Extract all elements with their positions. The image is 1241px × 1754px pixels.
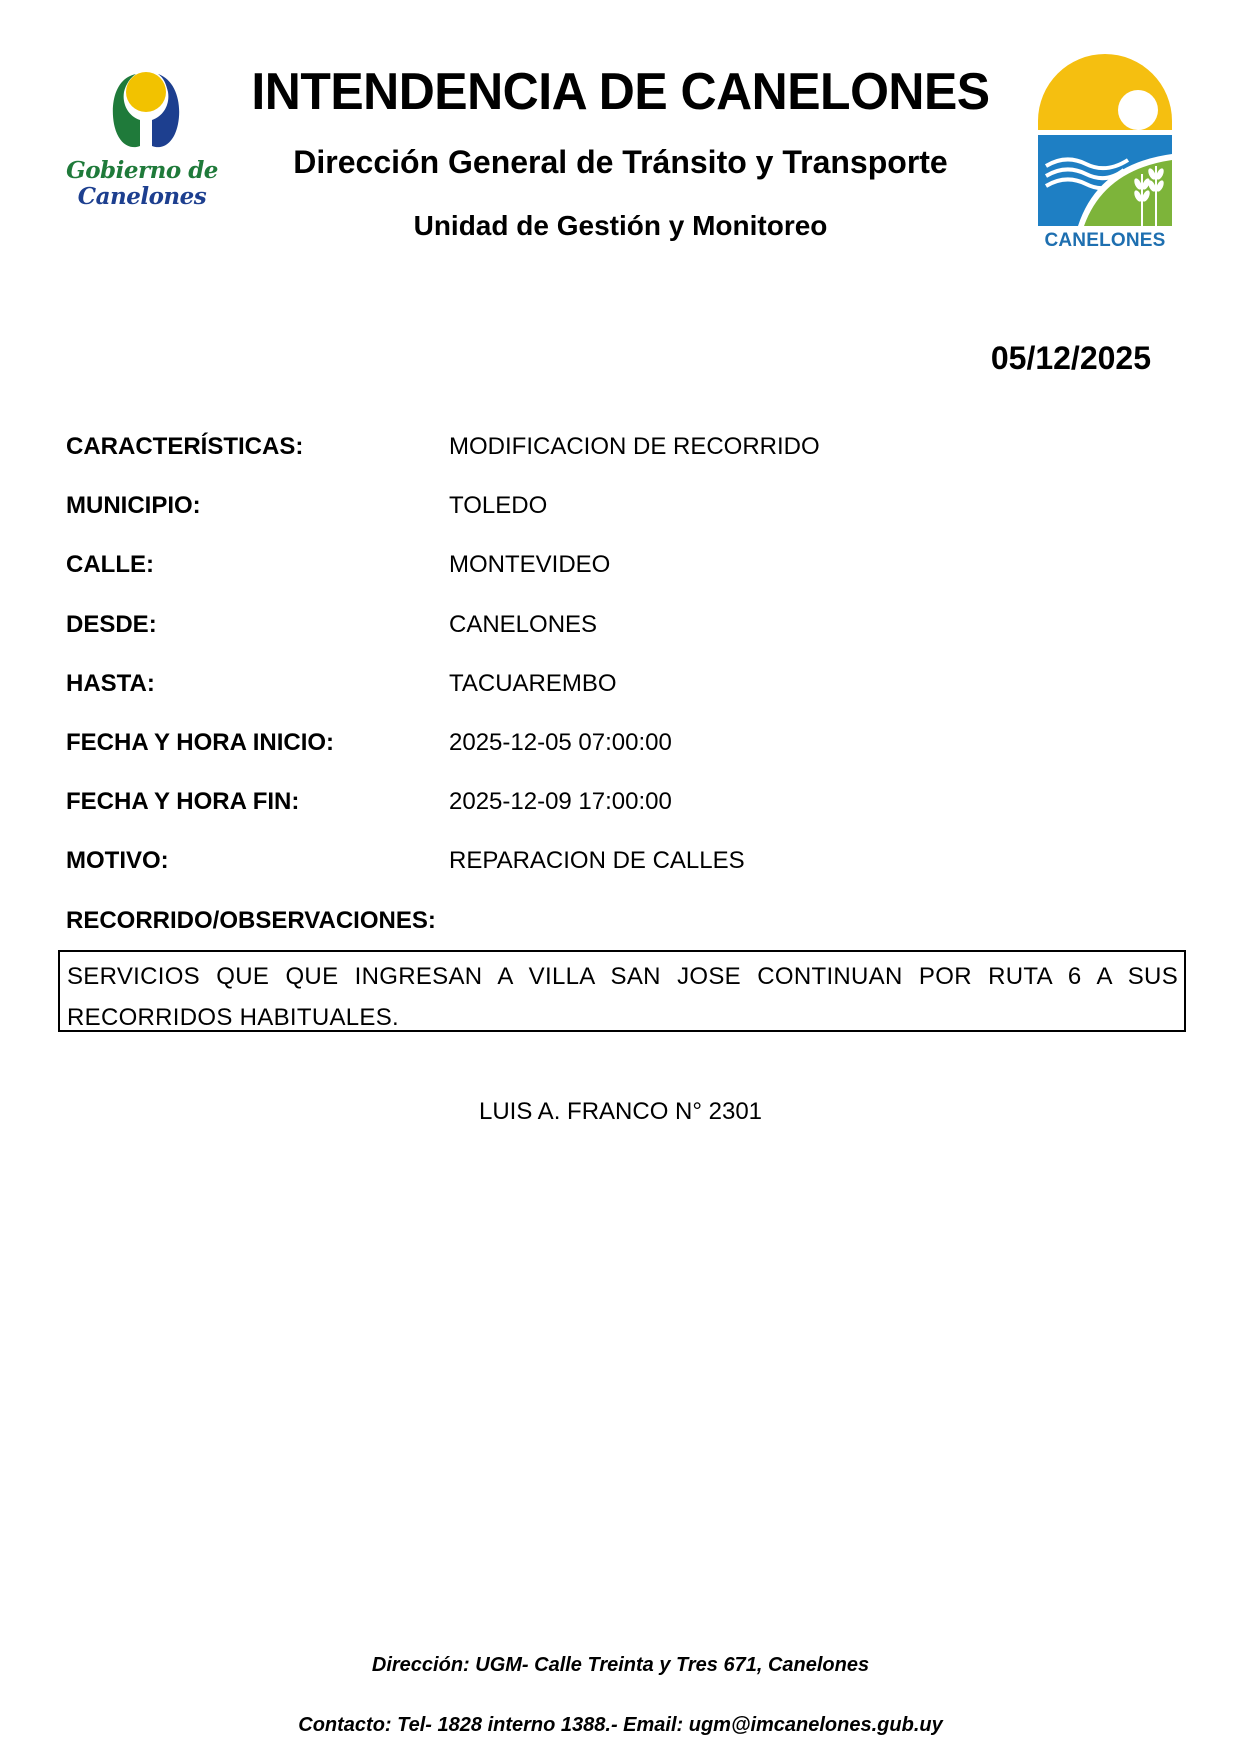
page-title: INTENDENCIA DE CANELONES (217, 62, 1024, 122)
gobierno-canelones-emblem-icon (106, 62, 186, 152)
field-row-fecha-inicio: FECHA Y HORA INICIO: 2025-12-05 07:00:00 (66, 728, 1166, 758)
observations-label: RECORRIDO/OBSERVACIONES: (66, 906, 436, 936)
field-row-calle: CALLE: MONTEVIDEO (66, 550, 1166, 580)
field-value: 2025-12-05 07:00:00 (449, 728, 672, 758)
unit-name: Unidad de Gestión y Monitoreo (200, 209, 1041, 243)
footer-address: Dirección: UGM- Calle Treinta y Tres 671… (0, 1652, 1241, 1678)
field-value: MODIFICACION DE RECORRIDO (449, 432, 820, 462)
field-value: TACUAREMBO (449, 669, 617, 699)
field-value: CANELONES (449, 610, 597, 640)
field-row-municipio: MUNICIPIO: TOLEDO (66, 491, 1166, 521)
logo-left-line1: Gobierno de (62, 158, 222, 184)
field-value: REPARACION DE CALLES (449, 846, 745, 876)
observations-text: SERVICIOS QUE QUE INGRESAN A VILLA SAN J… (67, 956, 1178, 1038)
field-value: 2025-12-09 17:00:00 (449, 787, 672, 817)
field-label: CALLE: (66, 550, 154, 580)
canelones-logo: CANELONES (1038, 54, 1172, 254)
signature: LUIS A. FRANCO N° 2301 (0, 1097, 1241, 1127)
canelones-sun-river-wheat-icon (1038, 54, 1172, 226)
footer-contact: Contacto: Tel- 1828 interno 1388.- Email… (0, 1712, 1241, 1738)
field-label: MOTIVO: (66, 846, 169, 876)
document-date: 05/12/2025 (991, 338, 1151, 378)
canelones-wordmark: CANELONES (1038, 230, 1172, 252)
gobierno-canelones-wordmark: Gobierno de Canelones (62, 158, 222, 210)
field-label: FECHA Y HORA INICIO: (66, 728, 334, 758)
gobierno-canelones-logo: Gobierno de Canelones (62, 62, 222, 212)
field-label: MUNICIPIO: (66, 491, 201, 521)
field-label: HASTA: (66, 669, 155, 699)
field-row-motivo: MOTIVO: REPARACION DE CALLES (66, 846, 1166, 876)
field-label: DESDE: (66, 610, 157, 640)
field-row-caracteristicas: CARACTERÍSTICAS: MODIFICACION DE RECORRI… (66, 432, 1166, 462)
field-label: CARACTERÍSTICAS: (66, 432, 303, 462)
field-value: MONTEVIDEO (449, 550, 610, 580)
field-row-hasta: HASTA: TACUAREMBO (66, 669, 1166, 699)
page-subtitle: Dirección General de Tránsito y Transpor… (200, 143, 1041, 181)
logo-left-line2: Canelones (62, 184, 222, 210)
field-row-fecha-fin: FECHA Y HORA FIN: 2025-12-09 17:00:00 (66, 787, 1166, 817)
field-label: FECHA Y HORA FIN: (66, 787, 299, 817)
field-row-desde: DESDE: CANELONES (66, 610, 1166, 640)
observations-box: SERVICIOS QUE QUE INGRESAN A VILLA SAN J… (58, 950, 1186, 1032)
field-value: TOLEDO (449, 491, 547, 521)
